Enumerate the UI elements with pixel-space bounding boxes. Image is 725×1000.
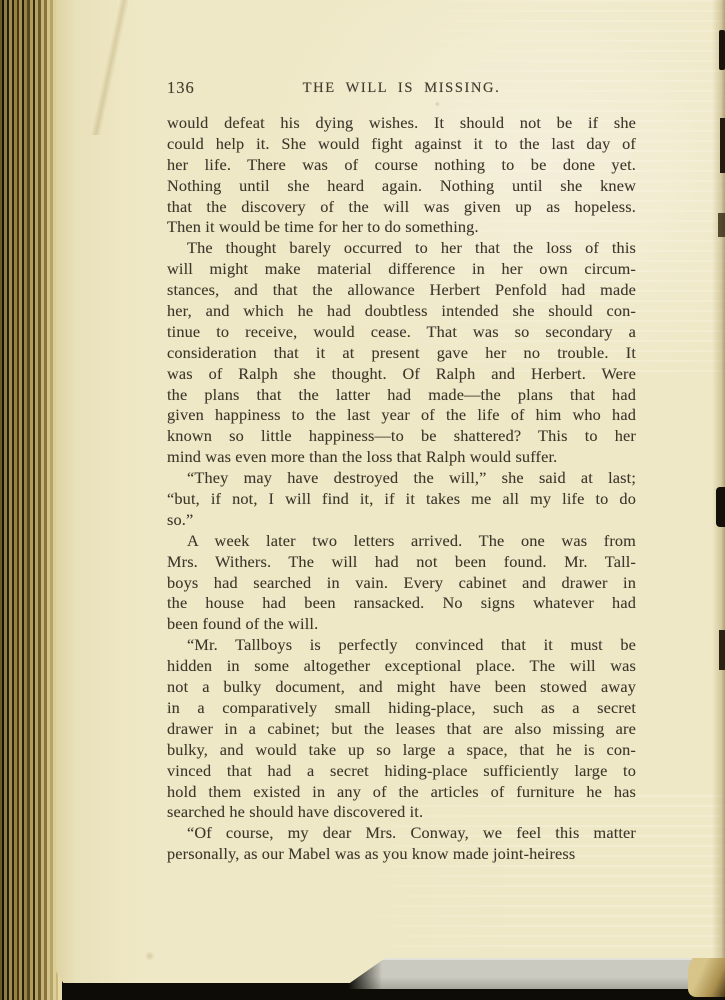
text-line: consideration that it at present gave he… [167,343,636,364]
text-line: personally, as our Mabel was as you know… [167,844,636,865]
page-text: would defeat his dying wishes. It should… [167,113,636,865]
text-line: given happiness to the last year of the … [167,405,636,426]
text-line: hidden in some altogether exceptional pl… [167,656,636,677]
paragraph: “Mr. Tallboys is perfectly convinced tha… [167,635,636,823]
text-line: boys had searched in vain. Every cabinet… [167,573,636,594]
text-line: the plans that the latter had made—the p… [167,385,636,406]
edge-mark [719,630,725,670]
edge-mark [719,30,725,70]
text-line: Then it would be time for her to do some… [167,217,636,238]
edge-mark [716,487,725,527]
paragraph: The thought barely occurred to her that … [167,238,636,468]
text-line: was of Ralph she thought. Of Ralph and H… [167,364,636,385]
text-line: known so little happiness—to be shattere… [167,426,636,447]
text-line: “Of course, my dear Mrs. Conway, we feel… [167,823,636,844]
text-line: “They may have destroyed the will,” she … [167,468,636,489]
book-scan: 136 THE WILL IS MISSING. would defeat hi… [0,0,725,1000]
text-line: A week later two letters arrived. The on… [167,531,636,552]
text-line: The thought barely occurred to her that … [167,238,636,259]
text-line: bulky, and would take up so large a spac… [167,740,636,761]
text-line: so.” [167,510,636,531]
text-line: tinue to receive, would cease. That was … [167,322,636,343]
text-line: her life. There was of course nothing to… [167,155,636,176]
under-page-surface [348,957,714,989]
text-line: “but, if not, I will find it, if it take… [167,489,636,510]
text-line: her, and which he had doubtless intended… [167,301,636,322]
text-line: not a bulky document, and might have bee… [167,677,636,698]
text-line: would defeat his dying wishes. It should… [167,113,636,134]
edge-mark [720,118,725,173]
running-title: THE WILL IS MISSING. [167,80,636,97]
text-line: will might make material difference in h… [167,259,636,280]
paragraph: A week later two letters arrived. The on… [167,531,636,635]
paper-crease [76,0,146,135]
book-page-edges [0,0,62,1000]
text-line: in a comparatively small hiding-place, s… [167,698,636,719]
text-line: stances, and that the allowance Herbert … [167,280,636,301]
text-line: Nothing until she heard again. Nothing u… [167,176,636,197]
text-line: could help it. She would fight against i… [167,134,636,155]
text-line: that the discovery of the will was given… [167,197,636,218]
paragraph: “They may have destroyed the will,” she … [167,468,636,531]
text-line: Mrs. Withers. The will had not been foun… [167,552,636,573]
text-line: vinced that had a secret hiding-place su… [167,761,636,782]
text-line: “Mr. Tallboys is perfectly convinced tha… [167,635,636,656]
text-line: been found of the will. [167,614,636,635]
text-line: hold them existed in any of the articles… [167,782,636,803]
text-line: mind was even more than the loss that Ra… [167,447,636,468]
running-head: 136 THE WILL IS MISSING. [167,78,636,100]
text-line: searched he should have discovered it. [167,802,636,823]
paragraph: “Of course, my dear Mrs. Conway, we feel… [167,823,636,865]
text-line: the house had been ransacked. No signs w… [167,593,636,614]
paragraph: would defeat his dying wishes. It should… [167,113,636,238]
text-line: drawer in a cabinet; but the leases that… [167,719,636,740]
edge-mark [718,213,725,237]
book-paper: 136 THE WILL IS MISSING. would defeat hi… [56,0,725,1000]
